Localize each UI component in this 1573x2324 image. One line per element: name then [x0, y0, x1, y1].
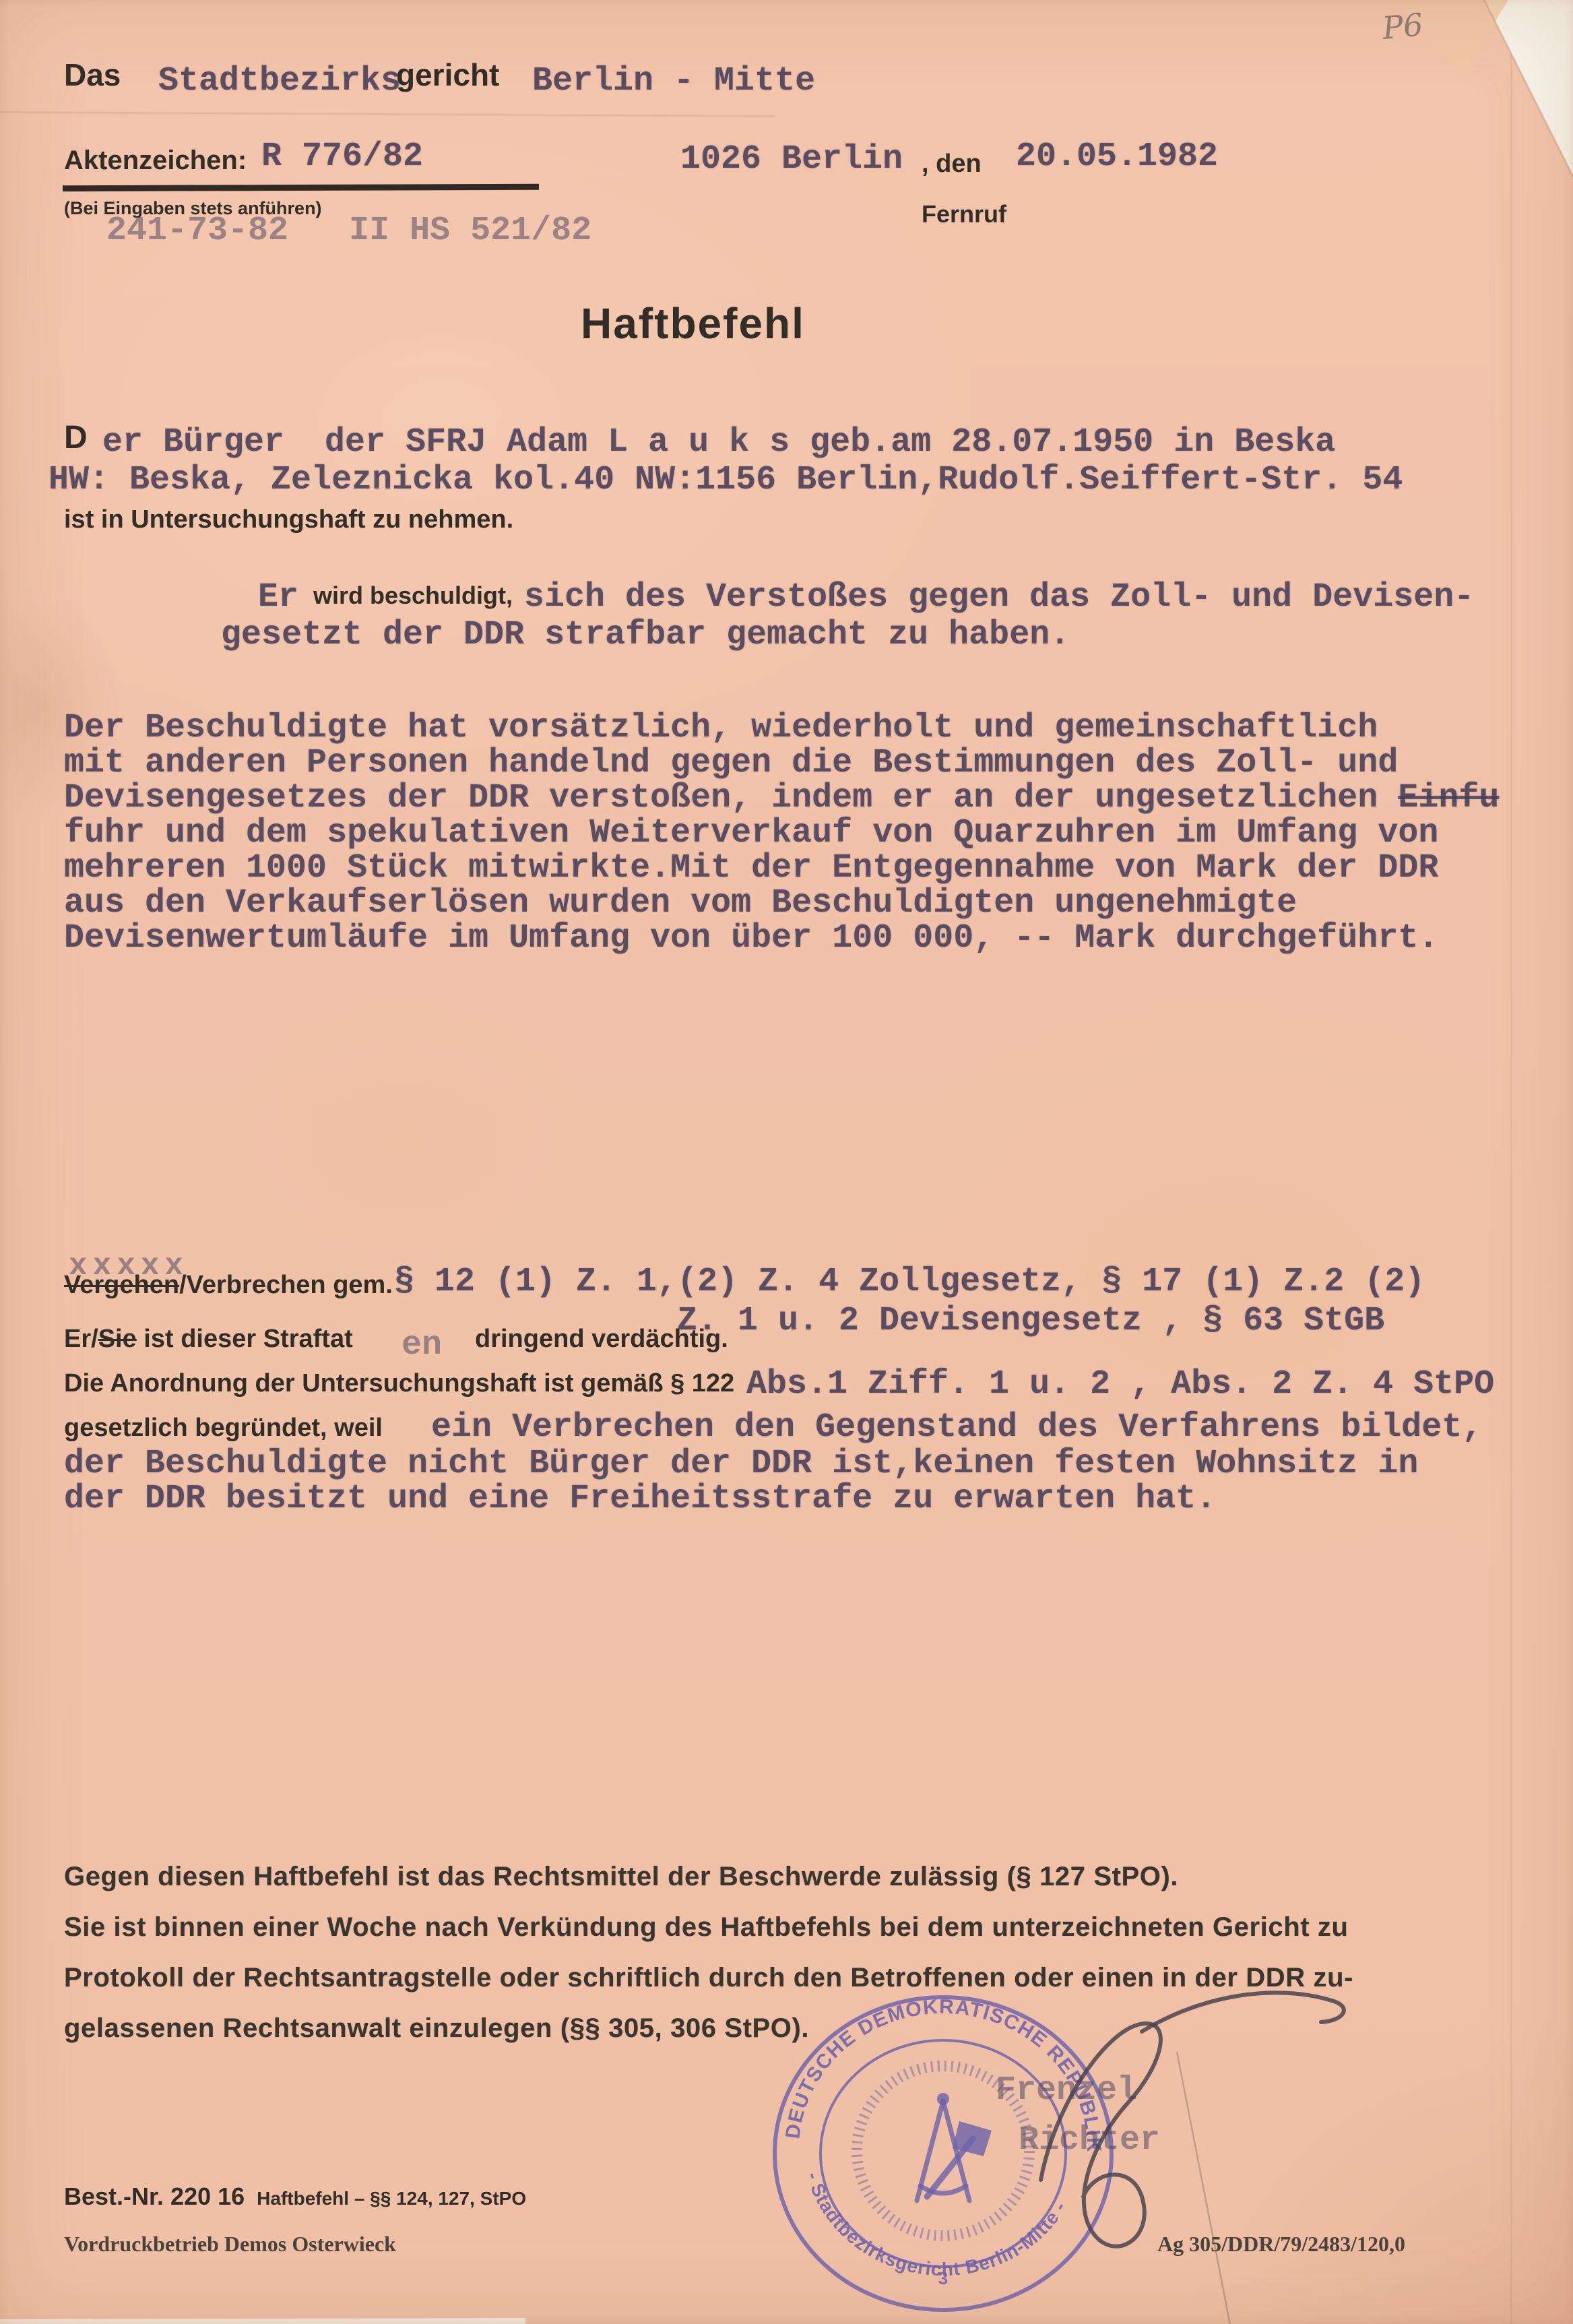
facts-line: aus den Verkaufserlösen wurden vom Besch…	[64, 887, 1297, 920]
straftat-label: ist dieser Straftat	[137, 1325, 353, 1353]
accusation-line2: gesetzt der DDR strafbar gemacht zu habe…	[221, 619, 1070, 652]
er-label: Er/	[64, 1325, 98, 1353]
paper-crease	[0, 111, 775, 117]
aktenzeichen-label: Aktenzeichen:	[64, 147, 247, 174]
document-title: Haftbefehl	[581, 302, 805, 345]
facts-struck-word: Einfu	[1398, 779, 1499, 817]
suspicion-label: Er/Sie ist dieser Straftat	[64, 1326, 353, 1352]
facts-line: mehreren 1000 Stück mitwirkte.Mit der En…	[64, 852, 1438, 885]
footer-order-detail: Haftbefehl – §§ 124, 127, StPO	[257, 2189, 526, 2208]
suffix-typed: en	[402, 1329, 442, 1362]
paper-crease	[1510, 0, 1512, 2324]
place-typed: 1026 Berlin	[680, 143, 903, 177]
anordnung-typed: Abs.1 Ziff. 1 u. 2 , Abs. 2 Z. 4 StPO	[746, 1368, 1494, 1402]
court-name-typed-left: Stadtbezirks	[158, 65, 401, 98]
custody-order-line: ist in Untersuchungshaft zu nehmen.	[64, 507, 513, 532]
verdaechtig-label: dringend verdächtig.	[475, 1326, 728, 1352]
date-label: , den	[922, 151, 982, 177]
pencil-note: P6	[1381, 9, 1425, 44]
reason-line2-typed: der Beschuldigte nicht Bürger der DDR is…	[64, 1447, 1418, 1481]
court-name-printed-gericht: gericht	[396, 59, 499, 90]
charges-label: Vergehen/Verbrechen gem.	[64, 1272, 393, 1298]
remedy-line: Sie ist binnen einer Woche nach Verkündu…	[64, 1902, 1384, 1953]
date-typed: 20.05.1982	[1016, 140, 1218, 174]
fernruf-label: Fernruf	[922, 202, 1006, 226]
begruendet-label: gesetzlich begründet, weil	[64, 1415, 383, 1441]
accused-line1: er Bürger der SFRJ Adam L a u k s geb.am…	[102, 426, 1335, 460]
verbrechen-label: /Verbrechen gem.	[179, 1271, 393, 1299]
charges-row2-typed: Z. 1 u. 2 Devisengesetz , § 63 StGB	[677, 1305, 1384, 1338]
aktenzeichen-value: R 776/82	[261, 140, 423, 174]
paper-edge	[0, 2318, 525, 2324]
accused-line2: HW: Beska, Zeleznicka kol.40 NW:1156 Ber…	[49, 464, 1403, 497]
footer-printer-line: Vordruckbetrieb Demos Osterwieck	[64, 2233, 396, 2255]
reason-line1-typed: ein Verbrechen den Gegenstand des Verfah…	[431, 1411, 1482, 1445]
accusation-line1: sich des Verstoßes gegen das Zoll- und D…	[524, 581, 1474, 615]
aktenzeichen-underline	[63, 184, 539, 191]
facts-line3-text: Devisengesetzes der DDR verstoßen, indem…	[64, 779, 1398, 817]
facts-line: Der Beschuldigte hat vorsätzlich, wieder…	[64, 712, 1378, 745]
accusation-label: wird beschuldigt,	[313, 584, 513, 608]
accused-initial: D	[64, 422, 88, 454]
court-name-typed-right: Berlin - Mitte	[532, 65, 815, 98]
vergehen-struck: Vergehen	[64, 1271, 179, 1299]
reason-line3-typed: der DDR besitzt und eine Freiheitsstrafe…	[64, 1482, 1216, 1516]
anordnung-label: Die Anordnung der Untersuchungshaft ist …	[64, 1371, 734, 1396]
facts-line: Devisenwertumläufe im Umfang von über 10…	[64, 922, 1438, 955]
charges-row1-typed: § 12 (1) Z. 1,(2) Z. 4 Zollgesetz, § 17 …	[394, 1265, 1425, 1299]
paper-stain	[216, 997, 593, 1280]
accusation-er-typed: Er	[258, 581, 298, 615]
footer-order-line: Best.-Nr. 220 16 Haftbefehl – §§ 124, 12…	[64, 2185, 526, 2209]
facts-line: Devisengesetzes der DDR verstoßen, indem…	[64, 782, 1499, 815]
document-page: P6 Das Stadtbezirks gericht Berlin - Mit…	[0, 0, 1573, 2324]
facts-line: mit anderen Personen handelnd gegen die …	[64, 747, 1398, 780]
paper-crease	[1177, 2052, 1231, 2324]
remedy-line: Gegen diesen Haftbefehl ist das Rechtsmi…	[64, 1852, 1384, 1902]
signature-scribble	[940, 1964, 1384, 2324]
facts-line: fuhr und dem spekulativen Weiterverkauf …	[64, 817, 1438, 850]
footer-order-number: Best.-Nr. 220 16	[64, 2185, 245, 2209]
sie-struck: Sie	[98, 1325, 137, 1353]
file-numbers-typed: 241-73-82 II HS 521/82	[106, 214, 591, 248]
court-name-printed-das: Das	[64, 59, 121, 90]
